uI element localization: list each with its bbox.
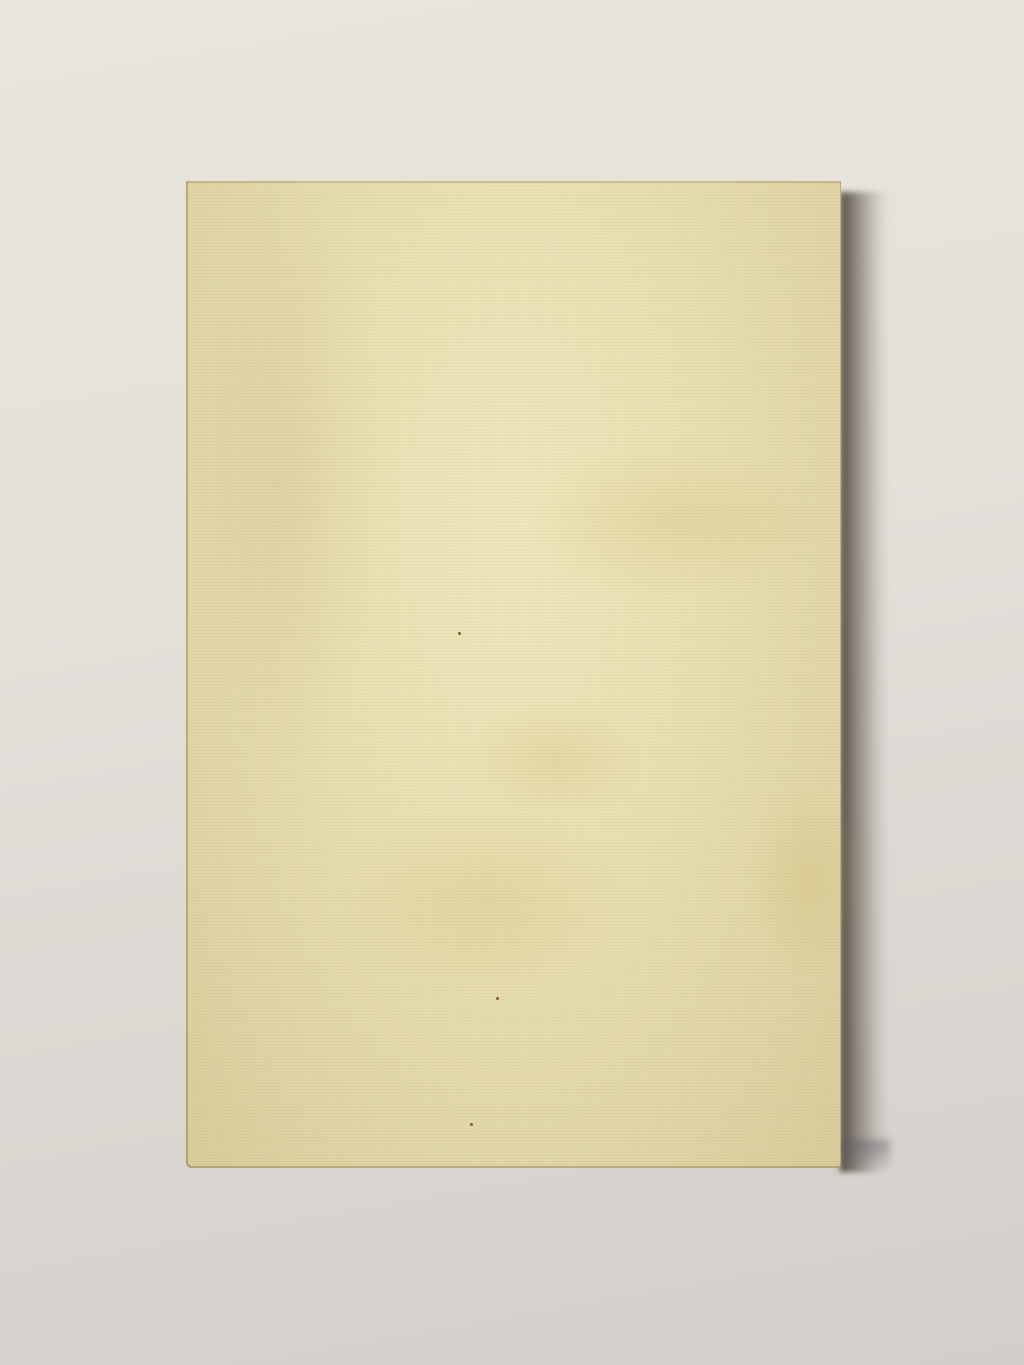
book-shadow xyxy=(840,192,888,1172)
stain xyxy=(746,781,866,981)
book-cover xyxy=(186,181,841,1168)
speck xyxy=(458,632,461,635)
stain xyxy=(336,801,636,1001)
stain xyxy=(526,441,826,601)
speck xyxy=(470,1123,473,1126)
photo-scene xyxy=(0,0,1024,1365)
speck xyxy=(496,997,499,1000)
stain xyxy=(186,181,386,781)
